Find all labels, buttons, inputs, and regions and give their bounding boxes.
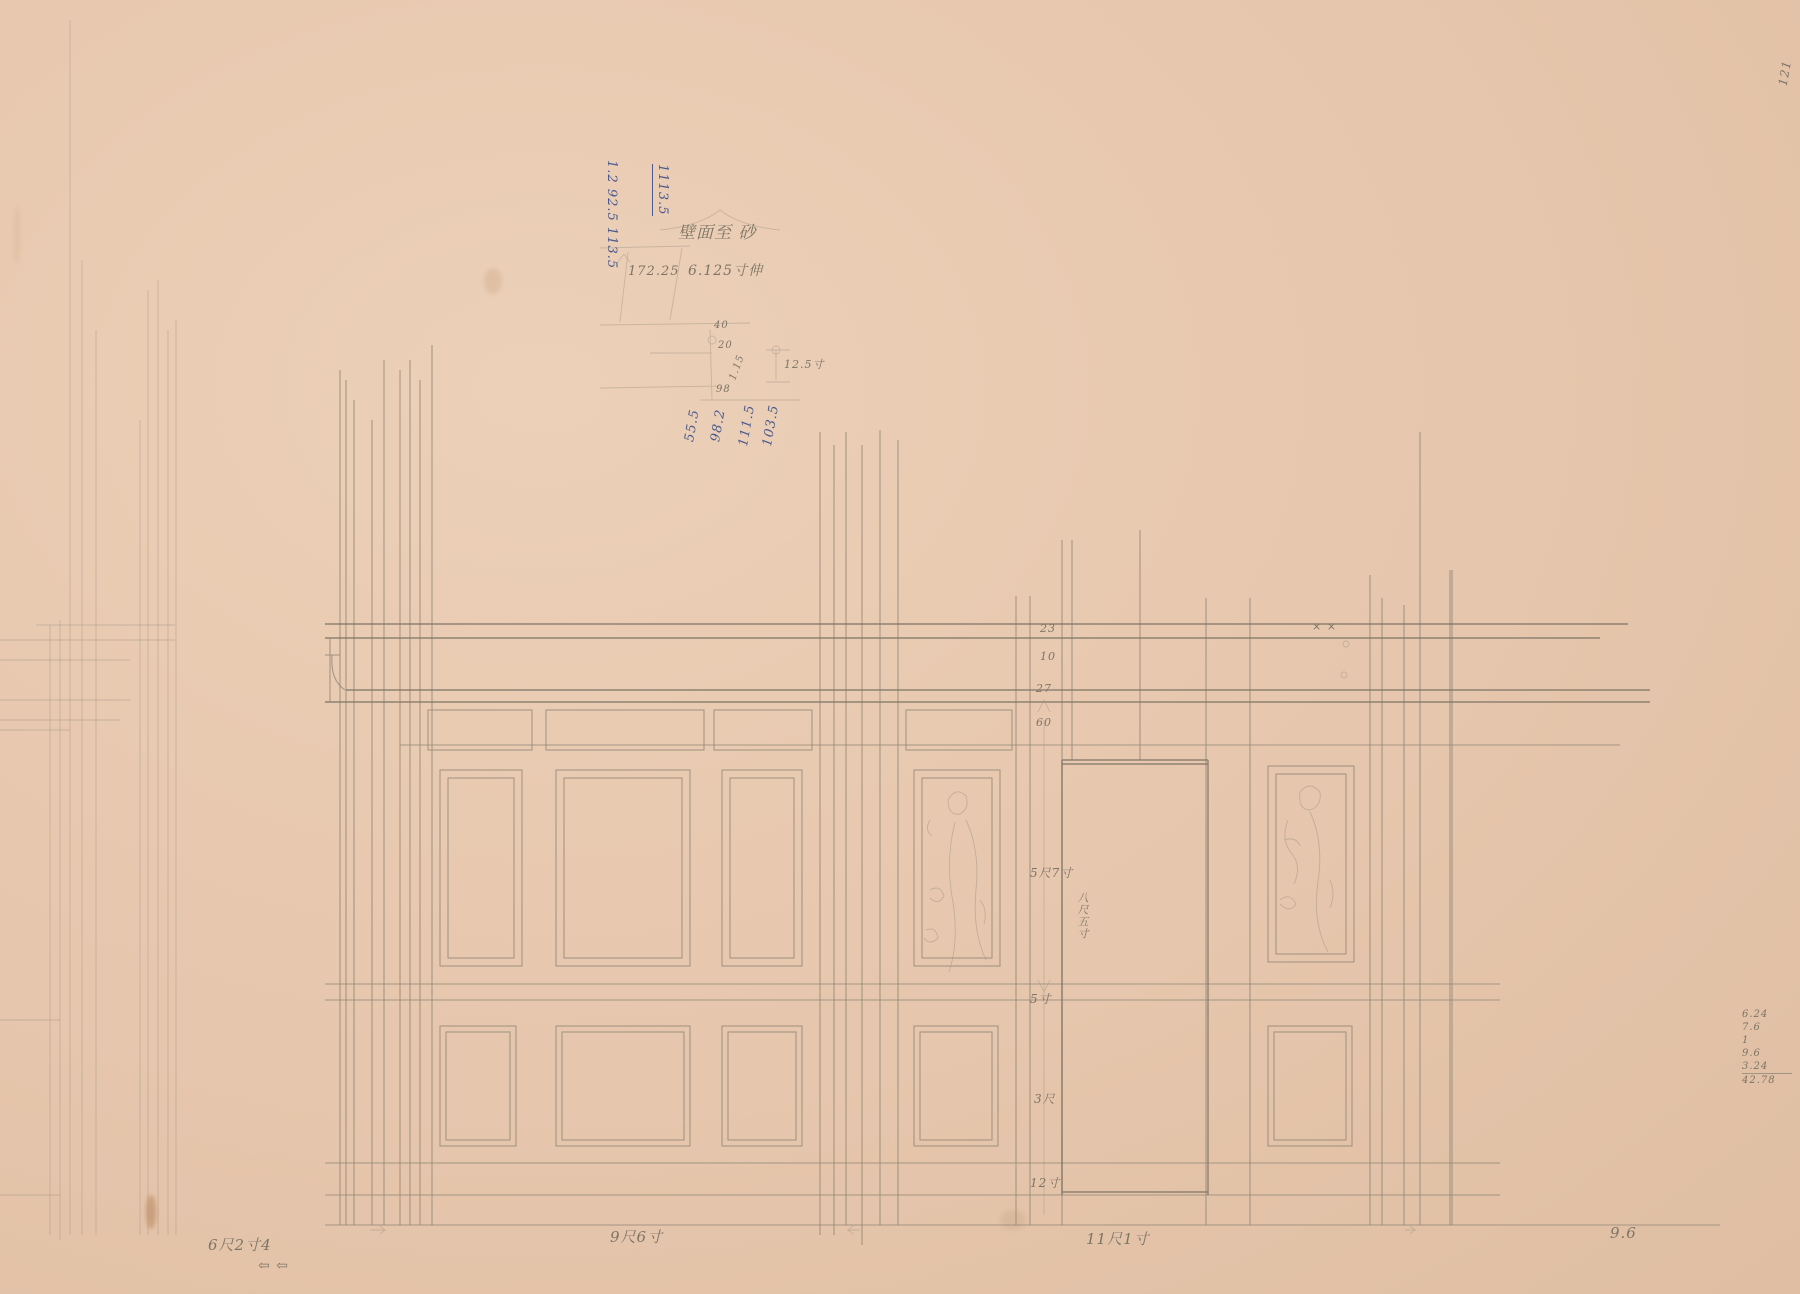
calc-value: 98.2: [708, 408, 728, 443]
direction-arrows: ⇦ ⇦: [258, 1258, 289, 1274]
cornice-lines: [325, 624, 1650, 702]
upper-panels: [428, 710, 1012, 750]
height-dimension-arrow: [1038, 700, 1050, 1215]
vertical-dimension: 3尺: [1034, 1090, 1056, 1107]
vertical-dimension: 23: [1040, 622, 1056, 635]
calc-note-top-right: 1113.5: [652, 164, 670, 216]
vertical-dimension: 60: [1036, 716, 1052, 729]
calc-value: 92.5: [604, 189, 619, 222]
wall-panel: [728, 1032, 796, 1140]
wall-panel: [722, 1026, 802, 1146]
calc-value: 113.5: [604, 227, 619, 269]
wall-panel: [546, 710, 704, 750]
vertical-dimension: 5尺7寸: [1030, 864, 1073, 881]
wall-panel: [714, 710, 812, 750]
moulding-circles: [1341, 641, 1349, 678]
left-cornice-stub: [0, 625, 175, 1195]
calc-value: 6.24: [1742, 1008, 1792, 1021]
figure-sketch-right: [1280, 786, 1333, 952]
bay-dimension: 6尺2寸4: [208, 1234, 272, 1255]
wall-panel: [914, 1026, 998, 1146]
small-dimension: 98: [716, 384, 731, 395]
small-dimension: 20: [718, 340, 733, 351]
calc-note-right: 6.24 7.6 1 9.6 3.24 42.78: [1742, 1008, 1792, 1087]
vertical-dimension: 5寸: [1030, 990, 1052, 1007]
wall-panel: [562, 1032, 684, 1140]
wall-panel: [1268, 1026, 1352, 1146]
wall-panel: [914, 770, 1000, 966]
cornice-marks: × ×: [1312, 620, 1337, 633]
bay-dimension: 11尺1寸: [1086, 1228, 1150, 1249]
calc-value: 1.2: [604, 160, 619, 184]
room-label: 壁面至 砂: [678, 218, 756, 243]
wall-panel: [922, 778, 992, 958]
wall-panel: [1268, 766, 1354, 962]
bay-dimension: 9.6: [1610, 1224, 1637, 1242]
calc-value: 7.6: [1742, 1021, 1792, 1034]
vertical-dimension: 12寸: [1030, 1174, 1060, 1191]
wall-panel: [1276, 774, 1346, 954]
small-dimension: 12.5寸: [784, 356, 825, 372]
wall-panel: [722, 770, 802, 966]
door-opening: [1062, 760, 1208, 1195]
wall-panel: [556, 1026, 690, 1146]
calc-value: 1: [1742, 1034, 1792, 1047]
wall-panel: [730, 778, 794, 958]
pilaster-lines: [340, 345, 1452, 1245]
calc-value: 55.5: [682, 408, 702, 443]
elevation-linework: [0, 0, 1800, 1294]
calc-value: 3.24: [1742, 1060, 1792, 1073]
wall-panel: [440, 770, 522, 966]
small-dimension: 40: [714, 320, 729, 331]
wall-panel: [564, 778, 682, 958]
dimension-left: 172.25: [628, 264, 680, 279]
calc-value: 111.5: [736, 403, 758, 447]
calc-value: 103.5: [760, 403, 782, 447]
middle-panels: [440, 766, 1354, 966]
calc-value: 42.78: [1742, 1073, 1792, 1087]
wall-panel: [556, 770, 690, 966]
vertical-dimension: 27: [1036, 682, 1052, 695]
dimension-right: 6.125寸伸: [688, 260, 763, 280]
wall-panel: [920, 1032, 992, 1140]
drawing-sheet: 121 1.2 92.5 113.5 1113.5 壁面至 砂 172.25 6…: [0, 0, 1800, 1294]
wall-panel: [906, 710, 1012, 750]
calc-value: 9.6: [1742, 1047, 1792, 1060]
wall-panel: [448, 778, 514, 958]
wall-panel: [1274, 1032, 1346, 1140]
wall-panel: [440, 1026, 516, 1146]
frieze-and-rail-lines: [325, 638, 1720, 1225]
bay-dimension: 9尺6寸: [610, 1226, 663, 1247]
calc-note-bottom: 55.5 98.2 111.5 103.5: [676, 410, 796, 450]
door-height-note: 八尺五寸: [1074, 892, 1090, 940]
left-column-lines: [50, 20, 176, 1240]
wall-panel: [446, 1032, 510, 1140]
calc-note-top-left: 1.2 92.5 113.5: [606, 160, 616, 269]
vertical-dimension: 10: [1040, 650, 1056, 663]
lower-panels: [440, 1026, 1352, 1146]
cornice-bracket: [332, 655, 345, 690]
wall-panel: [428, 710, 532, 750]
figure-sketch-left: [924, 792, 986, 972]
bottom-arrows: [370, 1226, 1415, 1234]
